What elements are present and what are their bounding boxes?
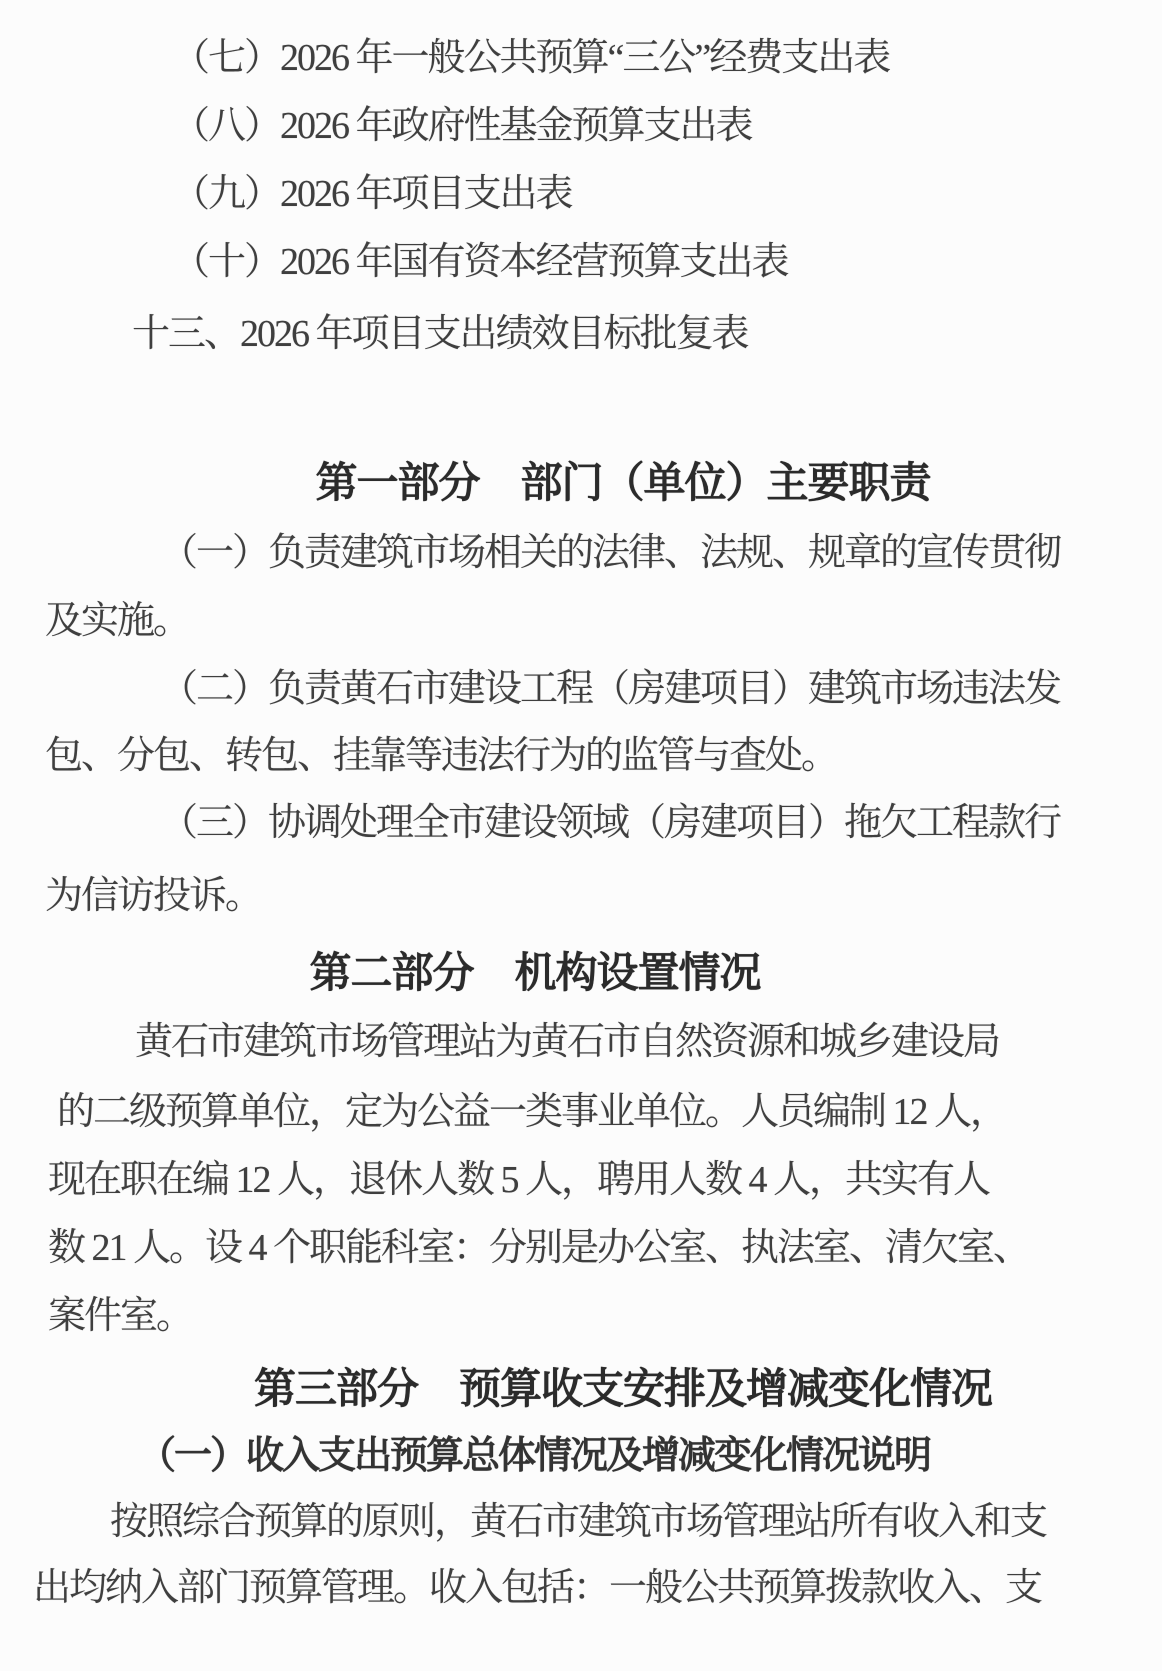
subsection-heading: （一）收入支出预算总体情况及增减变化情况说明 [138, 1436, 930, 1477]
paragraph-line: 的二级预算单位，定为公益一类事业单位。人员编制 12 人， [57, 1092, 1006, 1133]
toc-item: （九）2026 年项目支出表 [172, 174, 572, 215]
paragraph-line: 现在职在编 12 人，退休人数 5 人，聘用人数 4 人，共实有人 [48, 1160, 989, 1201]
paragraph-line: 按照综合预算的原则，黄石市建筑市场管理站所有收入和支 [110, 1502, 1046, 1543]
paragraph-line: 及实施。 [45, 601, 189, 642]
paragraph-line: （一）负责建筑市场相关的法律、法规、规章的宣传贯彻 [160, 533, 1060, 574]
section-heading-part3: 第三部分 预算收支安排及增减变化情况 [42, 1366, 1162, 1411]
paragraph-line: 包、分包、转包、挂靠等违法行为的监管与查处。 [45, 736, 837, 777]
toc-item: （八）2026 年政府性基金预算支出表 [172, 106, 752, 147]
toc-item: （七）2026 年一般公共预算“三公”经费支出表 [172, 38, 889, 79]
paragraph-line: 出均纳入部门预算管理。收入包括：一般公共预算拨款收入、支 [33, 1568, 1041, 1609]
paragraph-line: 案件室。 [48, 1296, 192, 1337]
paragraph-line: （二）负责黄石市建设工程（房建项目）建筑市场违法发 [160, 669, 1060, 710]
toc-item: 十三、2026 年项目支出绩效目标批复表 [132, 314, 748, 355]
paragraph-line: 黄石市建筑市场管理站为黄石市自然资源和城乡建设局 [135, 1022, 999, 1063]
paragraph-line: 数 21 人。设 4 个职能科室：分别是办公室、执法室、清欠室、 [48, 1228, 1029, 1269]
toc-item: （十）2026 年国有资本经营预算支出表 [172, 242, 788, 283]
section-heading-part1: 第一部分 部门（单位）主要职责 [42, 460, 1162, 505]
paragraph-line: 为信访投诉。 [45, 876, 261, 917]
section-heading-part2: 第二部分 机构设置情况 [0, 950, 1116, 995]
paragraph-line: （三）协调处理全市建设领域（房建项目）拖欠工程款行 [160, 803, 1060, 844]
document-page: （七）2026 年一般公共预算“三公”经费支出表 （八）2026 年政府性基金预… [0, 0, 1162, 1671]
